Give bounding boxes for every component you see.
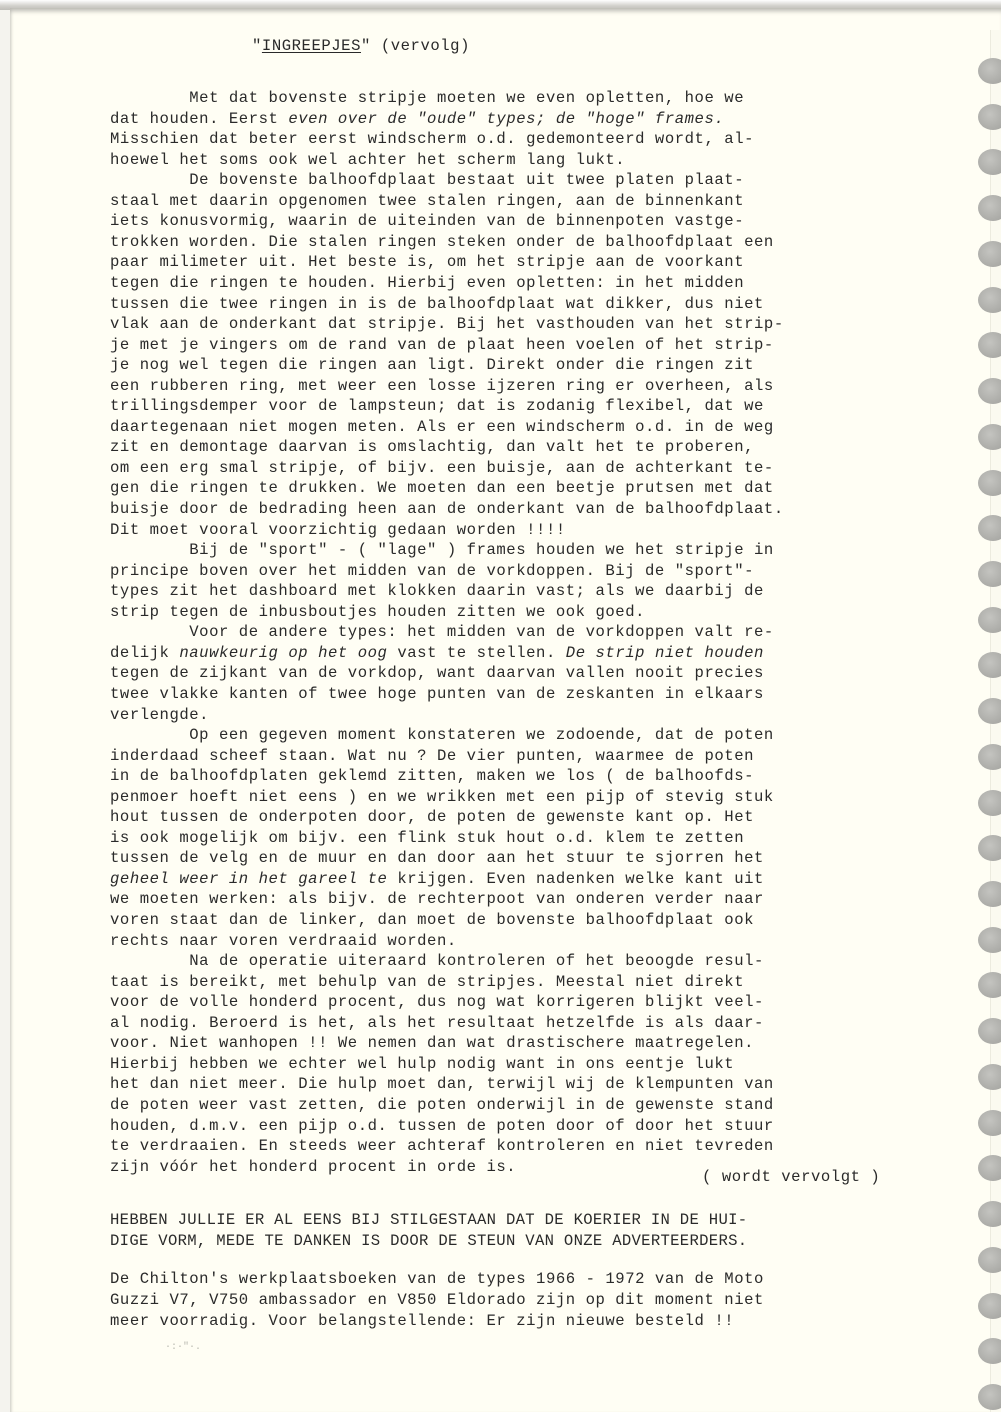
text-line: het dan niet meer. Die hulp moet dan, te… <box>110 1074 774 1094</box>
text-line: zijn vóór het honderd procent in orde is… <box>110 1157 516 1177</box>
notice-line: DIGE VORM, MEDE TE DANKEN IS DOOR DE STE… <box>110 1231 747 1251</box>
text-line: om een erg smal stripje, of bijv. een bu… <box>110 458 774 478</box>
text-line: penmoer hoeft niet eens ) en we wrikken … <box>110 787 774 807</box>
text-line: al nodig. Beroerd is het, als het result… <box>110 1013 764 1033</box>
text-line: we moeten werken: als bijv. de rechterpo… <box>110 889 764 909</box>
punch-hole <box>978 58 1001 84</box>
text-line: zit en demontage daarvan is omslachtig, … <box>110 437 754 457</box>
title-underlined: INGREEPJES <box>262 37 361 55</box>
text-line: staal met daarin opgenomen twee stalen r… <box>110 191 744 211</box>
text-line: trillingsdemper voor de lampsteun; dat i… <box>110 396 764 416</box>
text-line: voren staat dan de linker, dan moet de b… <box>110 910 754 930</box>
text-line: paar milimeter uit. Het beste is, om het… <box>110 252 744 272</box>
text-line: tegen die ringen te houden. Hierbij even… <box>110 273 744 293</box>
text-line: Bij de "sport" - ( "lage" ) frames houde… <box>110 540 774 560</box>
punch-hole <box>978 698 1001 724</box>
italic-text: even over de "oude" types; de "hoge" fra… <box>288 110 724 128</box>
punch-hole <box>978 287 1001 313</box>
punch-hole <box>978 1110 1001 1136</box>
punch-hole <box>978 470 1001 496</box>
text-line: trokken worden. Die stalen ringen steken… <box>110 232 774 252</box>
italic-text: De strip niet houden <box>566 644 764 662</box>
text-line: tegen de zijkant van de vorkdop, want da… <box>110 663 764 683</box>
punch-hole <box>978 241 1001 267</box>
punch-hole <box>978 744 1001 770</box>
text-line: rechts naar voren verdraaid worden. <box>110 931 457 951</box>
punch-hole <box>978 607 1001 633</box>
text-line: de poten weer vast zetten, die poten ond… <box>110 1095 774 1115</box>
text-line: je met je vingers om de rand van de plaa… <box>110 335 774 355</box>
text-line: houden, d.m.v. een pijp o.d. tussen de p… <box>110 1116 774 1136</box>
text-line: voor de volle honderd procent, dus nog w… <box>110 992 764 1012</box>
page-title: "INGREEPJES" (vervolg) <box>252 36 470 56</box>
text-line: een rubberen ring, met weer een losse ij… <box>110 376 774 396</box>
punch-hole <box>978 790 1001 816</box>
text-line: te verdraaien. En steeds weer achteraf k… <box>110 1136 774 1156</box>
text-line: hout tussen de onderpoten door, de poten… <box>110 807 754 827</box>
chilton-line: Guzzi V7, V750 ambassador en V850 Eldora… <box>110 1290 764 1310</box>
text-line: vlak aan de onderkant dat stripje. Bij h… <box>110 314 784 334</box>
text-line: Na de operatie uiteraard kontroleren of … <box>110 951 764 971</box>
text-line: Hierbij hebben we echter wel hulp nodig … <box>110 1054 734 1074</box>
text-line: buisje door de bedrading heen aan de ond… <box>110 499 784 519</box>
chilton-line: De Chilton's werkplaatsboeken van de typ… <box>110 1269 764 1289</box>
text-line: geheel weer in het gareel te krijgen. Ev… <box>110 869 764 889</box>
text-line: principe boven over het midden van de vo… <box>110 561 754 581</box>
punch-hole <box>978 378 1001 404</box>
text-line: Voor de andere types: het midden van de … <box>110 622 774 642</box>
italic-text: nauwkeurig op het oog <box>179 644 387 662</box>
scan-smudge: ·:·"·. <box>165 1342 201 1353</box>
text-line: is ook mogelijk om bijv. een flink stuk … <box>110 828 744 848</box>
text-line: delijk nauwkeurig op het oog vast te ste… <box>110 643 764 663</box>
text-line: iets konusvormig, waarin de uiteinden va… <box>110 211 744 231</box>
text-line: gen die ringen te drukken. We moeten dan… <box>110 478 774 498</box>
punch-hole <box>978 1293 1001 1319</box>
punch-hole <box>978 424 1001 450</box>
text-line: twee vlakke kanten of twee hoge punten v… <box>110 684 764 704</box>
notice-line: HEBBEN JULLIE ER AL EENS BIJ STILGESTAAN… <box>110 1210 747 1230</box>
italic-text: geheel weer in het gareel te <box>110 870 387 888</box>
text-line: Dit moet vooral voorzichtig gedaan worde… <box>110 520 566 540</box>
text-line: De bovenste balhoofdplaat bestaat uit tw… <box>110 170 744 190</box>
text-line: daartegenaan niet mogen meten. Als er ee… <box>110 417 774 437</box>
text-line: je nog wel tegen die ringen aan ligt. Di… <box>110 355 754 375</box>
text-line: types zit het dashboard met klokken daar… <box>110 581 764 601</box>
text-line: voor. Niet wanhopen !! We nemen dan wat … <box>110 1033 754 1053</box>
text-line: hoewel het soms ook wel achter het scher… <box>110 150 625 170</box>
text-line: dat houden. Eerst even over de "oude" ty… <box>110 109 724 129</box>
punch-hole <box>978 927 1001 953</box>
text-line: tussen de velg en de muur en dan door aa… <box>110 848 764 868</box>
text-line: tussen die twee ringen in is de balhoofd… <box>110 294 764 314</box>
text-line: Misschien dat beter eerst windscherm o.d… <box>110 129 754 149</box>
text-line: taat is bereikt, met behulp van de strip… <box>110 972 744 992</box>
text-line: verlengde. <box>110 705 209 725</box>
continued-note: ( wordt vervolgt ) <box>702 1167 880 1187</box>
chilton-line: meer voorradig. Voor belangstellende: Er… <box>110 1311 734 1331</box>
text-line: Op een gegeven moment konstateren we zod… <box>110 725 774 745</box>
punch-hole <box>978 881 1001 907</box>
text-line: inderdaad scheef staan. Wat nu ? De vier… <box>110 746 754 766</box>
text-line: in de balhoofdplaten geklemd zitten, mak… <box>110 766 754 786</box>
punch-hole <box>978 1384 1001 1410</box>
punch-hole <box>978 1064 1001 1090</box>
punch-hole <box>978 561 1001 587</box>
punch-hole <box>978 104 1001 130</box>
punch-hole <box>978 1247 1001 1273</box>
text-line: Met dat bovenste stripje moeten we even … <box>110 88 744 108</box>
text-line: strip tegen de inbusboutjes houden zitte… <box>110 602 645 622</box>
punch-hole <box>978 1201 1001 1227</box>
